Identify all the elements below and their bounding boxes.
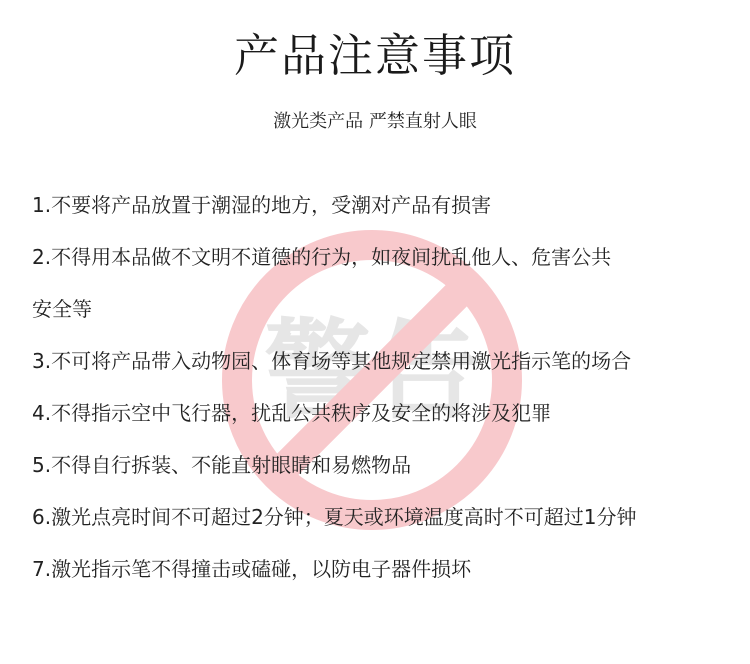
notice-item-1: 1.不要将产品放置于潮湿的地方，受潮对产品有损害 — [32, 192, 732, 244]
notice-item-2: 2.不得用本品做不文明不道德的行为，如夜间扰乱他人、危害公共 — [32, 244, 732, 296]
page-subtitle: 激光类产品 严禁直射人眼 — [0, 108, 750, 136]
notice-list: 1.不要将产品放置于潮湿的地方，受潮对产品有损害 2.不得用本品做不文明不道德的… — [32, 192, 732, 608]
notice-item-2-continued: 安全等 — [32, 296, 732, 348]
notice-item-6: 6.激光点亮时间不可超过2分钟；夏天或环境温度高时不可超过1分钟 — [32, 504, 732, 556]
notice-item-3: 3.不可将产品带入动物园、体育场等其他规定禁用激光指示笔的场合 — [32, 348, 732, 400]
notice-item-4: 4.不得指示空中飞行器，扰乱公共秩序及安全的将涉及犯罪 — [32, 400, 732, 452]
notice-item-5: 5.不得自行拆装、不能直射眼睛和易燃物品 — [32, 452, 732, 504]
page-title: 产品注意事项 — [0, 26, 750, 86]
notice-item-7: 7.激光指示笔不得撞击或磕碰，以防电子器件损坏 — [32, 556, 732, 608]
